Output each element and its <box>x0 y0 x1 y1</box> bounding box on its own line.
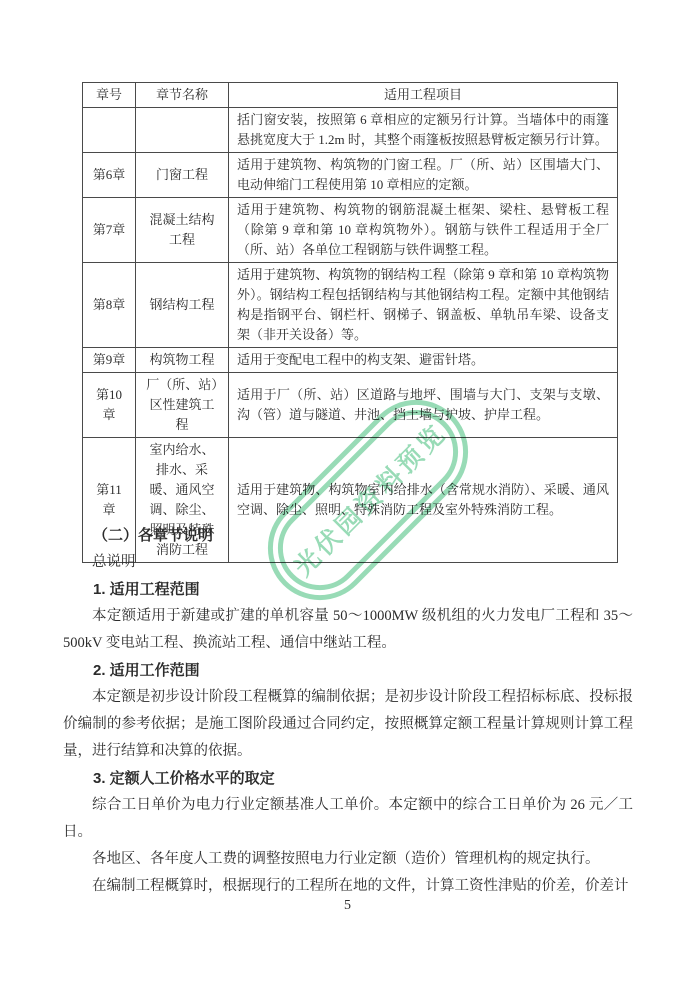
cell-section-name: 门窗工程 <box>136 153 229 198</box>
paragraph: 本定额是初步设计阶段工程概算的编制依据；是初步设计阶段工程招标标底、投标报价编制… <box>63 684 633 765</box>
paragraph: 综合工日单价为电力行业定额基准人工单价。本定额中的综合工日单价为 26 元／工日… <box>63 792 633 846</box>
cell-description: 适用于变配电工程中的构支架、避雷针塔。 <box>229 348 618 373</box>
cell-section-name: 构筑物工程 <box>136 348 229 373</box>
table-row: 第9章 构筑物工程 适用于变配电工程中的构支架、避雷针塔。 <box>83 348 618 373</box>
cell-chapter: 第8章 <box>83 263 136 348</box>
subheading-scope-of-work: 2. 适用工作范围 <box>63 657 633 684</box>
cell-description: 适用于建筑物、构筑物的门窗工程。厂（所、站）区围墙大门、电动伸缩门工程使用第 1… <box>229 153 618 198</box>
cell-description: 适用于厂（所、站）区道路与地坪、围墙与大门、支架与支墩、沟（管）道与隧道、井池、… <box>229 373 618 438</box>
subheading-scope-of-projects: 1. 适用工程范围 <box>63 576 633 603</box>
table-row: 第8章 钢结构工程 适用于建筑物、构筑物的钢结构工程（除第 9 章和第 10 章… <box>83 263 618 348</box>
paragraph: 在编制工程概算时，根据现行的工程所在地的文件，计算工资性津贴的价差，价差计 <box>63 873 633 900</box>
section-heading: （二）各章节说明 <box>63 522 633 549</box>
cell-chapter <box>83 108 136 153</box>
subheading-labor-price-level: 3. 定额人工价格水平的取定 <box>63 765 633 792</box>
cell-chapter: 第9章 <box>83 348 136 373</box>
cell-description: 括门窗安装，按照第 6 章相应的定额另行计算。当墙体中的雨篷悬挑宽度大于 1.2… <box>229 108 618 153</box>
cell-description: 适用于建筑物、构筑物的钢筋混凝土框架、梁柱、悬臂板工程（除第 9 章和第 10 … <box>229 198 618 263</box>
cell-section-name: 钢结构工程 <box>136 263 229 348</box>
table-row: 第10章 厂（所、站）区性建筑工程 适用于厂（所、站）区道路与地坪、围墙与大门、… <box>83 373 618 438</box>
header-applicable-projects: 适用工程项目 <box>229 83 618 108</box>
table-header-row: 章号 章节名称 适用工程项目 <box>83 83 618 108</box>
cell-section-name: 厂（所、站）区性建筑工程 <box>136 373 229 438</box>
cell-chapter: 第6章 <box>83 153 136 198</box>
page-number: 5 <box>0 898 695 914</box>
table-row: 第6章 门窗工程 适用于建筑物、构筑物的门窗工程。厂（所、站）区围墙大门、电动伸… <box>83 153 618 198</box>
cell-description: 适用于建筑物、构筑物的钢结构工程（除第 9 章和第 10 章构筑物外）。钢结构工… <box>229 263 618 348</box>
body-text: （二）各章节说明 总说明 1. 适用工程范围 本定额适用于新建或扩建的单机容量 … <box>63 522 633 900</box>
cell-chapter: 第7章 <box>83 198 136 263</box>
paragraph: 本定额适用于新建或扩建的单机容量 50～1000MW 级机组的火力发电厂工程和 … <box>63 603 633 657</box>
table-row: 括门窗安装，按照第 6 章相应的定额另行计算。当墙体中的雨篷悬挑宽度大于 1.2… <box>83 108 618 153</box>
chapter-applicability-table: 章号 章节名称 适用工程项目 括门窗安装，按照第 6 章相应的定额另行计算。当墙… <box>82 82 618 563</box>
header-chapter: 章号 <box>83 83 136 108</box>
general-note-label: 总说明 <box>63 549 633 576</box>
table-row: 第7章 混凝土结构工程 适用于建筑物、构筑物的钢筋混凝土框架、梁柱、悬臂板工程（… <box>83 198 618 263</box>
cell-section-name <box>136 108 229 153</box>
document-page: 章号 章节名称 适用工程项目 括门窗安装，按照第 6 章相应的定额另行计算。当墙… <box>0 0 695 983</box>
cell-chapter: 第10章 <box>83 373 136 438</box>
cell-section-name: 混凝土结构工程 <box>136 198 229 263</box>
header-section-name: 章节名称 <box>136 83 229 108</box>
paragraph: 各地区、各年度人工费的调整按照电力行业定额（造价）管理机构的规定执行。 <box>63 846 633 873</box>
